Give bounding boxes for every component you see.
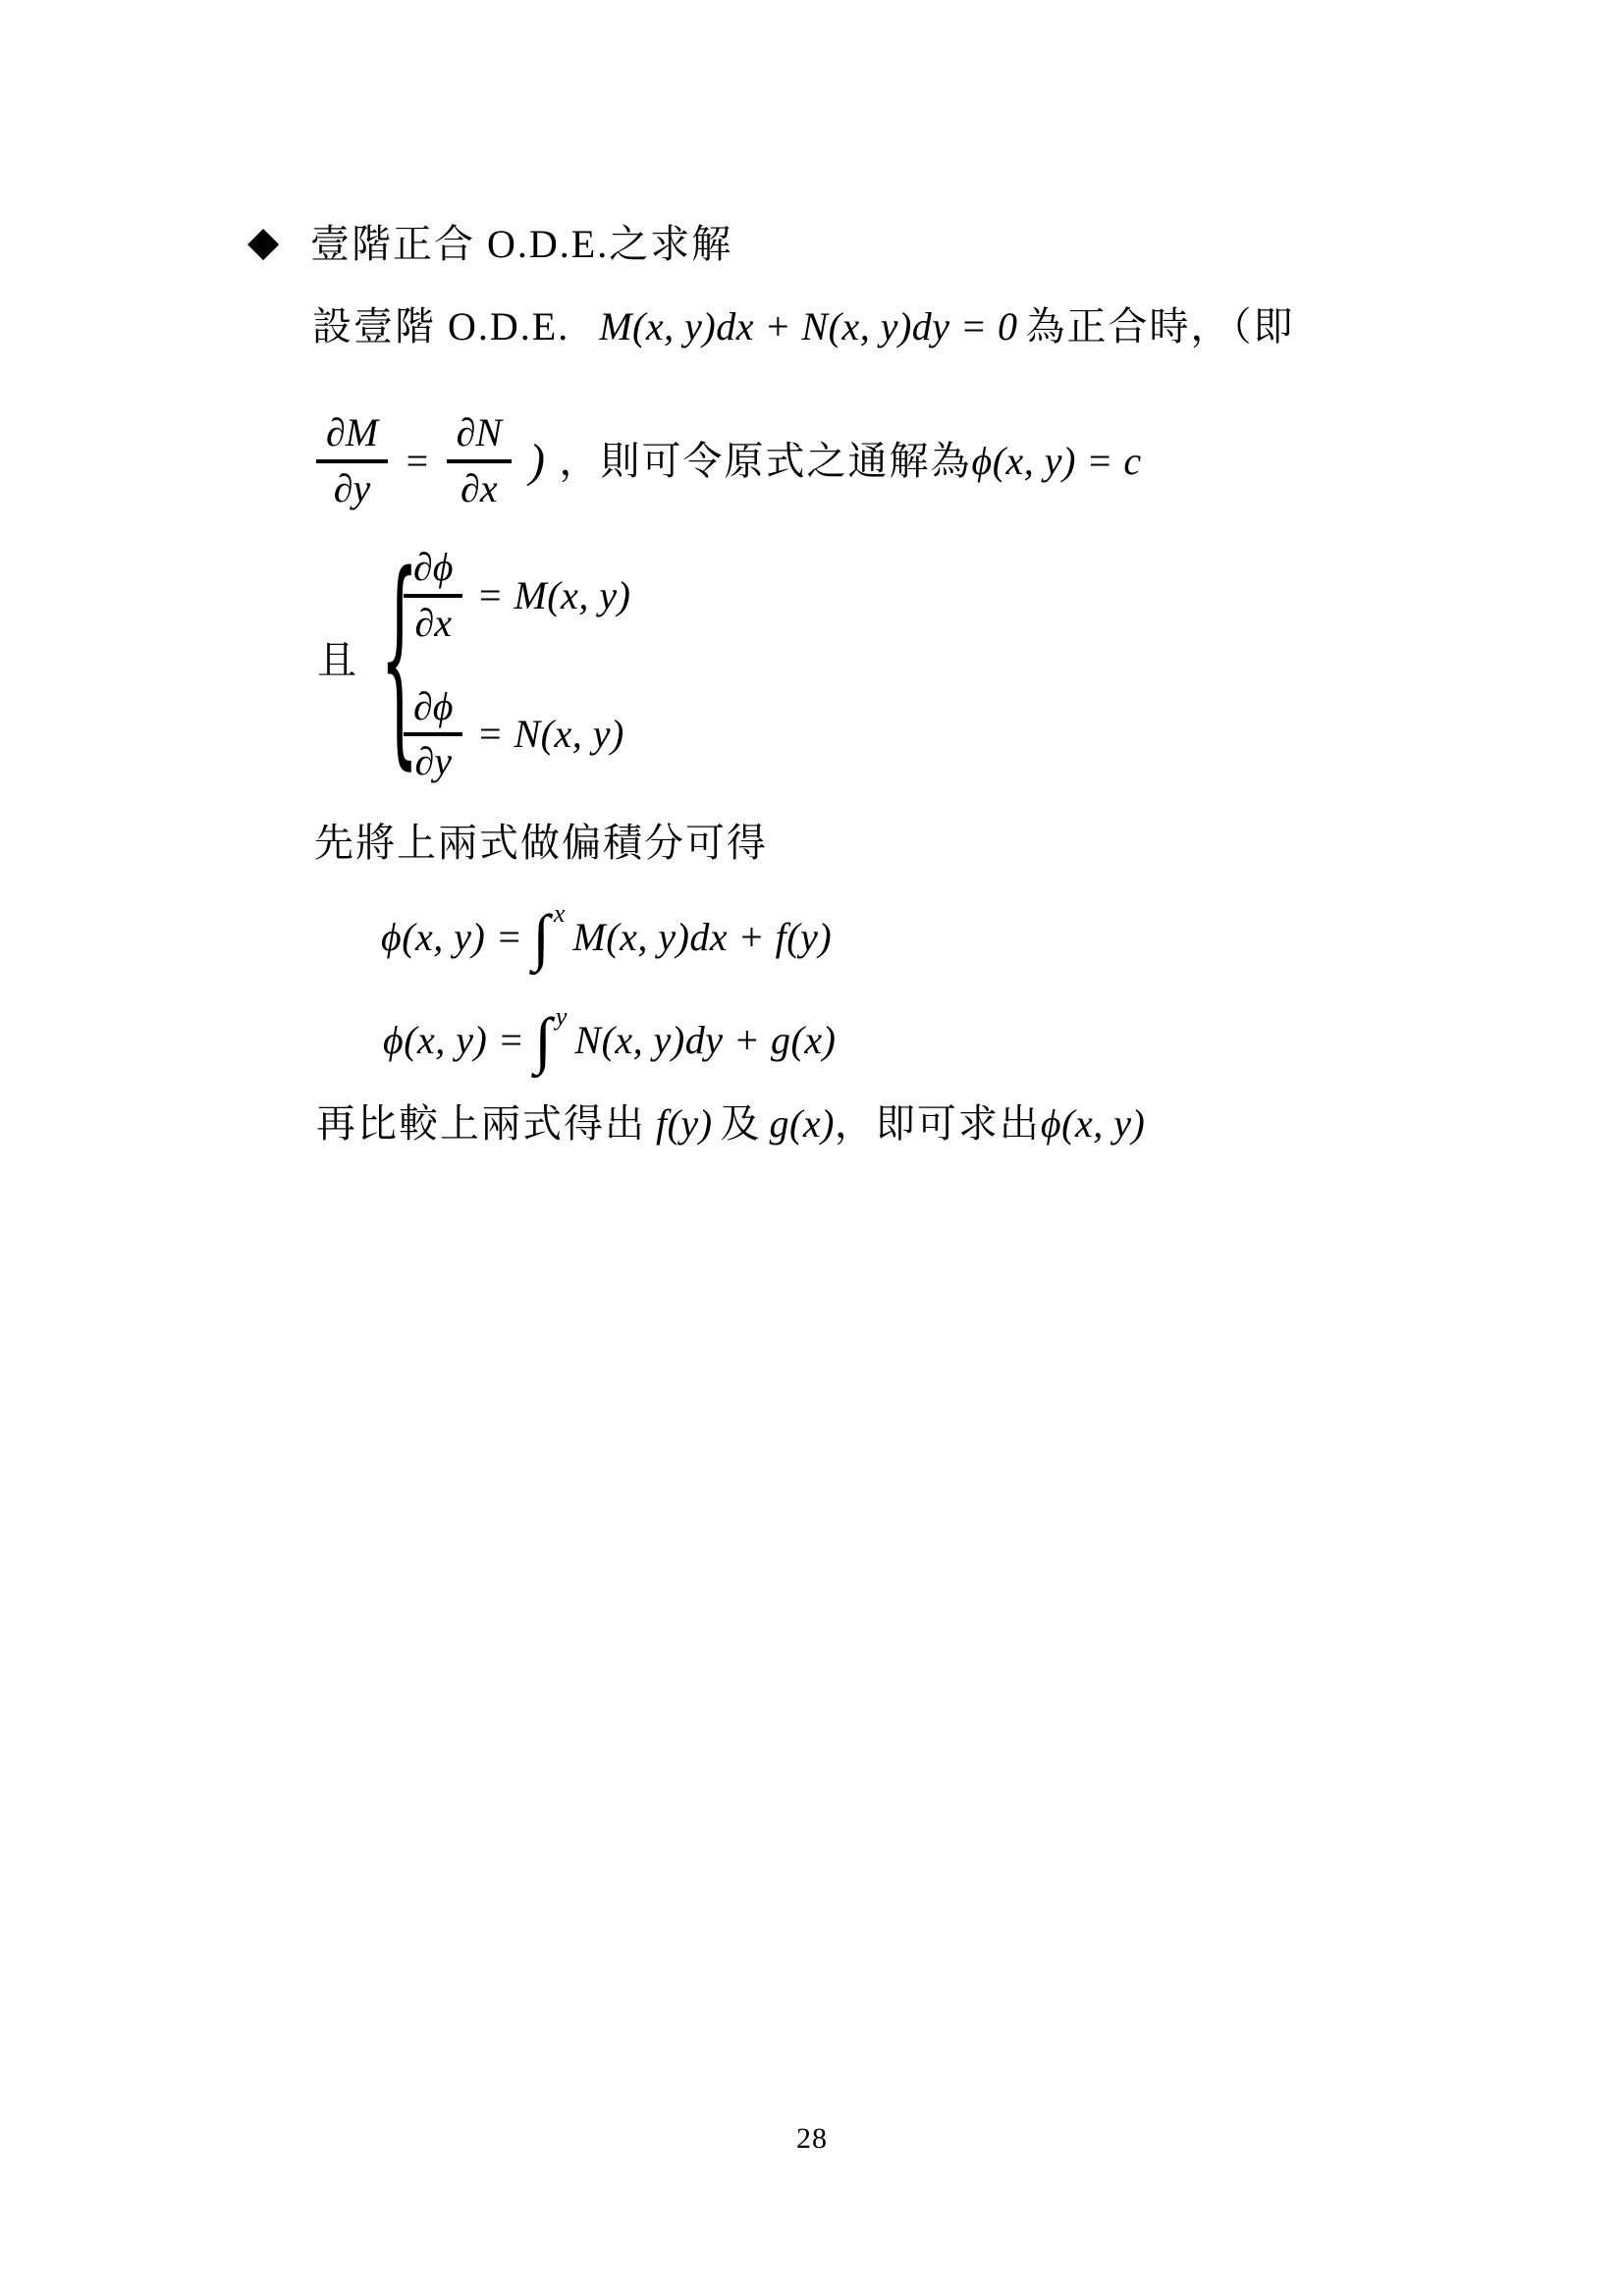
fraction-dN-dx: ∂N ∂x [447, 411, 512, 511]
document-page: ◆ 壹階正合 O.D.E.之求解 設壹階 O.D.E. M(x, y)dx + … [0, 0, 1624, 2296]
conclusion-part1: 再比較上兩式得出 [316, 1101, 646, 1147]
exactness-text: ，則可令原式之通解為 [560, 439, 972, 484]
phi-term: ϕ(x, y) [1041, 1101, 1145, 1147]
fraction-numerator: ∂ϕ [404, 546, 462, 598]
setup-equation: M(x, y)dx + N(x, y)dy = 0 [599, 304, 1017, 349]
integral-icon: ∫ [532, 906, 550, 969]
eq2-fraction: ∂ϕ ∂y [404, 685, 462, 785]
fraction-denominator: ∂x [460, 463, 498, 511]
eq-rhs: N(x, y)dy + g(x) [574, 1018, 836, 1063]
general-solution: ϕ(x, y) = c [972, 439, 1142, 484]
system-equations: ∂ϕ ∂x = M(x, y) ∂ϕ ∂y = N(x, y) [404, 546, 630, 784]
integration-intro: 先將上兩式做偏積分可得 [314, 821, 768, 866]
integral-upper-limit: x [554, 899, 566, 929]
integral-upper-limit: y [556, 1002, 568, 1032]
eq1-rhs: = M(x, y) [476, 573, 630, 618]
conclusion-line: 再比較上兩式得出 f(y) 及 g(x) ，即可求出 ϕ(x, y) [316, 1101, 1145, 1147]
integration-eq2: ϕ(x, y) = ∫ y N(x, y)dy + g(x) [383, 1001, 836, 1080]
system-block: 且 { ∂ϕ ∂x = M(x, y) ∂ϕ ∂y = N(x, y) [317, 542, 730, 775]
fraction-numerator: ∂M [316, 411, 388, 463]
diamond-bullet-icon: ◆ [247, 221, 279, 262]
setup-tail: 為正合時，（即 [1026, 304, 1295, 349]
integration-eq1: ϕ(x, y) = ∫ x M(x, y)dx + f(y) [381, 898, 832, 977]
setup-lead: 設壹階 O.D.E. [312, 304, 569, 349]
setup-line: 設壹階 O.D.E. M(x, y)dx + N(x, y)dy = 0 為正合… [312, 304, 1295, 349]
fraction-numerator: ∂N [447, 411, 512, 463]
fraction-numerator: ∂ϕ [404, 685, 462, 737]
equals-sign: = [404, 439, 431, 484]
fraction-dM-dy: ∂M ∂y [316, 411, 388, 511]
eq-lhs: ϕ(x, y) = [383, 1018, 524, 1063]
conclusion-conjunction: 及 [721, 1101, 762, 1147]
f-term: f(y) [656, 1101, 713, 1147]
section-title: 壹階正合 O.D.E.之求解 [310, 223, 732, 266]
system-label: 且 [317, 638, 358, 683]
fraction-denominator: ∂y [334, 463, 371, 511]
page-number: 28 [0, 2122, 1624, 2156]
system-eq1: ∂ϕ ∂x = M(x, y) [404, 546, 630, 646]
close-paren: ) [529, 434, 545, 488]
exactness-line: ∂M ∂y = ∂N ∂x ) ，則可令原式之通解為 ϕ(x, y) = c [316, 412, 1142, 510]
fraction-denominator: ∂y [414, 736, 452, 784]
eq-lhs: ϕ(x, y) = [381, 915, 522, 960]
eq-rhs: M(x, y)dx + f(y) [572, 915, 832, 960]
conclusion-part2: ，即可求出 [835, 1101, 1041, 1147]
system-eq2: ∂ϕ ∂y = N(x, y) [404, 685, 630, 785]
eq2-rhs: = N(x, y) [476, 712, 623, 757]
eq1-fraction: ∂ϕ ∂x [404, 546, 462, 646]
fraction-denominator: ∂x [414, 598, 452, 646]
integral-icon: ∫ [534, 1009, 552, 1072]
g-term: g(x) [770, 1101, 835, 1147]
